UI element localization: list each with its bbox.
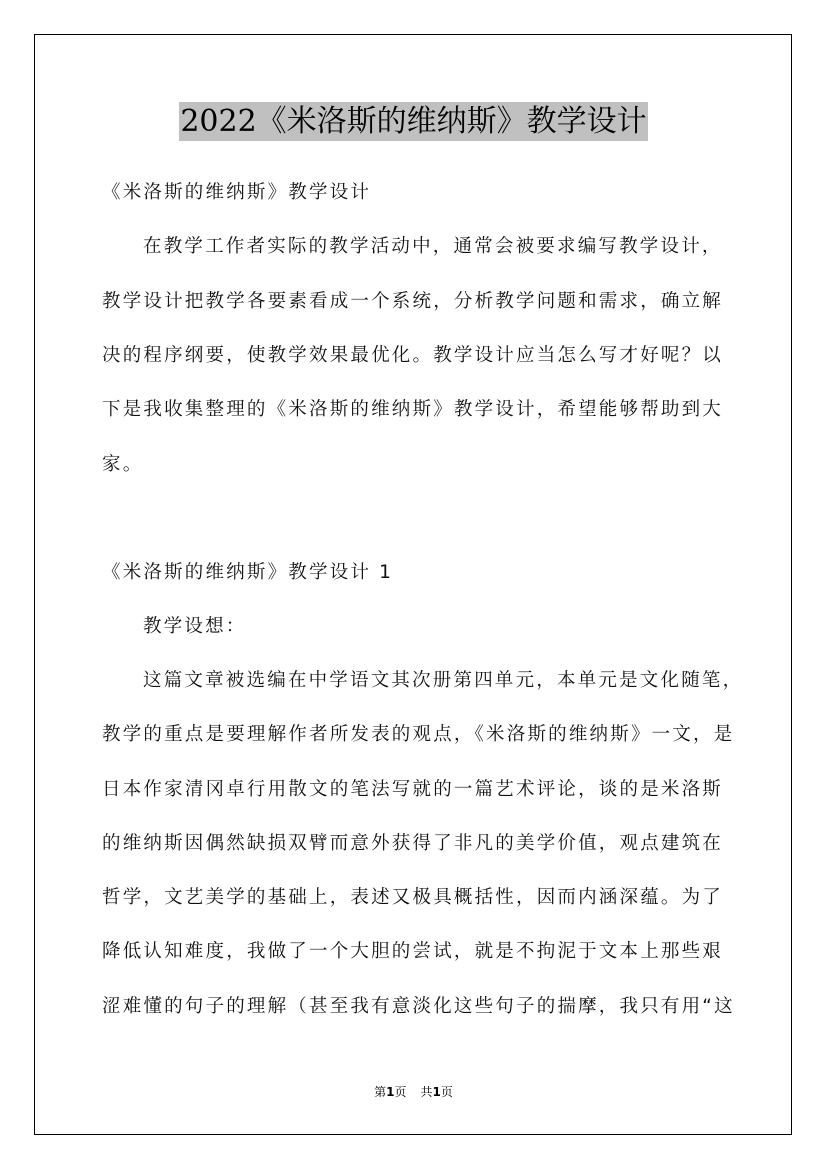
page-prefix: 第 [374, 1085, 386, 1099]
intro-line-3: 决的程序纲要，使教学效果最优化。教学设计应当怎么写才好呢？以 [102, 344, 723, 368]
document-title: 2022《米洛斯的维纳斯》教学设计 [179, 102, 647, 141]
section1-line-2: 教学的重点是要理解作者所发表的观点，《米洛斯的维纳斯》一文，是 [102, 723, 734, 747]
page-footer: 第1页共1页 [0, 1084, 827, 1100]
section1-line-7: 涩难懂的句子的理解（甚至我有意淡化这些句子的揣摩，我只有用“这 [102, 995, 735, 1019]
intro-line-5: 家。 [102, 453, 143, 477]
section1-line-6: 降低认知难度，我做了一个大胆的尝试，就是不拘泥于文本上那些艰 [102, 940, 723, 964]
section1-line-3: 日本作家清冈卓行用散文的笔法写就的一篇艺术评论，谈的是米洛斯 [102, 778, 723, 802]
page-unit: 页 [394, 1085, 406, 1099]
total-prefix: 共 [421, 1085, 433, 1099]
intro-line-2: 教学设计把教学各要素看成一个系统，分析教学问题和需求，确立解 [102, 290, 723, 314]
section1-subheading: 教学设想： [143, 615, 247, 639]
section1-line-4: 的维纳斯因偶然缺损双臂而意外获得了非凡的美学价值，观点建筑在 [102, 832, 723, 856]
intro-line-1: 在教学工作者实际的教学活动中，通常会被要求编写教学设计， [143, 235, 723, 259]
total-unit: 页 [441, 1085, 453, 1099]
intro-line-4: 下是我收集整理的《米洛斯的维纳斯》教学设计，希望能够帮助到大 [102, 398, 723, 422]
section1-line-5: 哲学，文艺美学的基础上，表述又极具概括性，因而内涵深蕴。为了 [102, 886, 723, 910]
section1-heading: 《米洛斯的维纳斯》教学设计 1 [102, 561, 393, 585]
title-container: 2022《米洛斯的维纳斯》教学设计 [0, 102, 827, 141]
section1-line-1: 这篇文章被选编在中学语文其次册第四单元，本单元是文化随笔， [143, 669, 743, 693]
document-subtitle: 《米洛斯的维纳斯》教学设计 [102, 181, 371, 205]
page-total: 1 [433, 1085, 441, 1099]
